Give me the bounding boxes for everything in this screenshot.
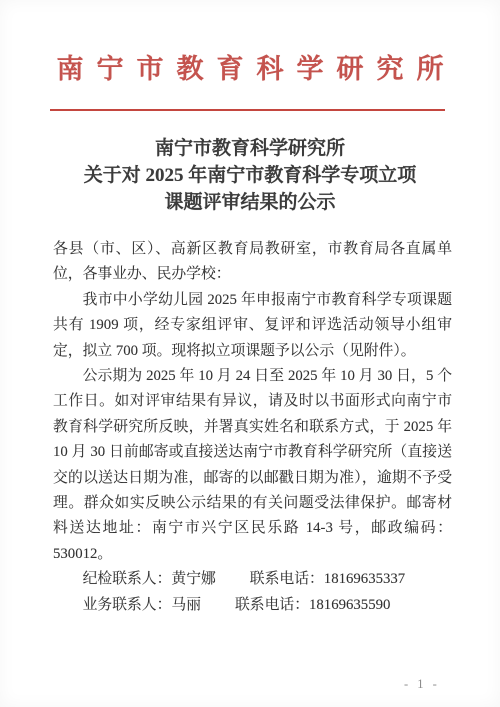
business-contact-phone-number: 18169635590 bbox=[309, 597, 390, 613]
contact-row-business: 业务联系人：马丽联系电话：18169635590 bbox=[53, 593, 452, 618]
discipline-contact-role-label: 纪检联系人： bbox=[83, 571, 172, 587]
business-contact-phone-label: 联系电话： bbox=[235, 593, 309, 618]
document-title-line-2: 关于对 2025 年南宁市教育科学专项立项 bbox=[0, 162, 500, 189]
discipline-contact-phone-label: 联系电话： bbox=[250, 567, 324, 592]
document-title-line-1: 南宁市教育科学研究所 bbox=[0, 135, 500, 162]
page-number: - 1 - bbox=[404, 677, 440, 692]
scanned-document-page: 南宁市教育科学研究所 南宁市教育科学研究所 关于对 2025 年南宁市教育科学专… bbox=[0, 0, 500, 707]
document-body: 各县（市、区）、高新区教育局教研室，市教育局各直属单位，各事业办、民办学校： 我… bbox=[53, 237, 452, 618]
letterhead-divider-rule bbox=[50, 109, 445, 111]
business-contact-name: 马丽 bbox=[171, 597, 201, 613]
paragraph-project-approval: 我市中小学幼儿园 2025 年申报南宁市教育科学专项课题共有 1909 项，经专… bbox=[53, 288, 452, 364]
contact-row-discipline: 纪检联系人：黄宁娜联系电话：18169635337 bbox=[53, 567, 452, 592]
discipline-contact-name: 黄宁娜 bbox=[171, 571, 215, 587]
document-title-line-3: 课题评审结果的公示 bbox=[0, 189, 500, 216]
salutation: 各县（市、区）、高新区教育局教研室，市教育局各直属单位，各事业办、民办学校： bbox=[53, 237, 452, 288]
business-contact-role-label: 业务联系人： bbox=[83, 597, 172, 613]
paragraph-publicity-period: 公示期为 2025 年 10 月 24 日至 2025 年 10 月 30 日，… bbox=[53, 364, 452, 567]
discipline-contact-phone-number: 18169635337 bbox=[324, 571, 405, 587]
document-title: 南宁市教育科学研究所 关于对 2025 年南宁市教育科学专项立项 课题评审结果的… bbox=[0, 135, 500, 216]
letterhead-org-name: 南宁市教育科学研究所 bbox=[0, 47, 500, 86]
